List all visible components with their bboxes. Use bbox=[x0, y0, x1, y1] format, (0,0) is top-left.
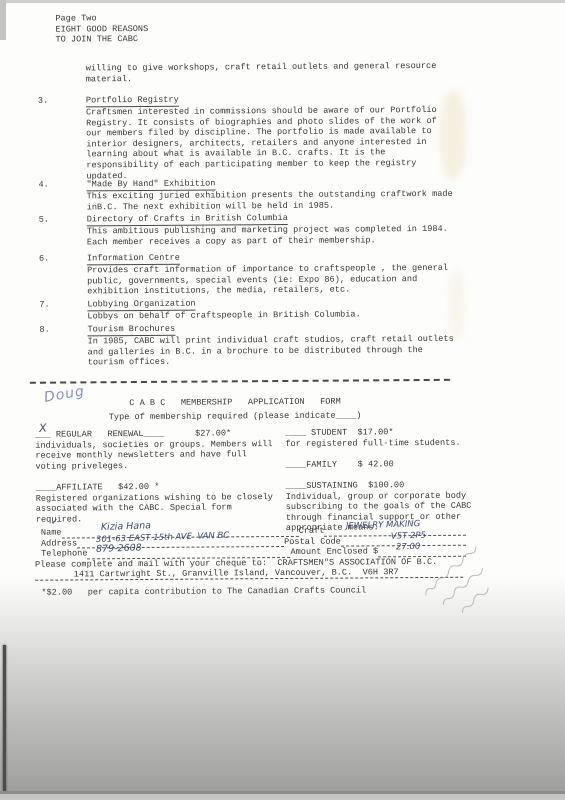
section-title: Directory of Crafts in British Columbia bbox=[87, 213, 288, 226]
section-tourism-brochures: 8. Tourism Brochures In 1985, CABC will … bbox=[39, 322, 459, 325]
name-field-label: Name bbox=[41, 528, 62, 539]
form-right-column: ____ STUDENT $17.00* for registered full… bbox=[285, 427, 476, 534]
form-title: C A B C MEMBERSHIP APPLICATION FORM bbox=[0, 396, 470, 410]
option-regular-desc: individuals, societies or groups. Member… bbox=[35, 439, 277, 472]
handwritten-postal-code-value: V5T 2P5 bbox=[391, 531, 426, 543]
section-number: 8. bbox=[39, 325, 49, 336]
section-number: 3. bbox=[38, 96, 48, 107]
scanned-document: Page Two EIGHT GOOD REASONS TO JOIN THE … bbox=[0, 0, 565, 800]
section-body: Lobbys on behalf of craftspeople in Brit… bbox=[87, 309, 455, 322]
section-number: 6. bbox=[39, 254, 49, 265]
section-title: Information Centre bbox=[87, 253, 180, 265]
section-body: This ambitious publishing and marketing … bbox=[87, 224, 455, 248]
section-lobbying-organization: 7. Lobbying Organization Lobbys on behal… bbox=[39, 297, 459, 300]
section-number: 5. bbox=[39, 215, 49, 226]
dashed-separator bbox=[30, 379, 450, 384]
section-body: In 1985, CABC will print individual craf… bbox=[88, 334, 456, 368]
section-portfolio-registry: 3. Portfolio Registry Craftsmen interest… bbox=[38, 93, 458, 96]
section-body: Provides craft information of importance… bbox=[87, 263, 455, 297]
handwritten-amount-value: 27.00 bbox=[396, 542, 421, 553]
address-field-label: Address bbox=[41, 538, 77, 549]
section-title: Tourism Brochures bbox=[87, 324, 175, 336]
telephone-field-label: Telephone bbox=[41, 549, 87, 560]
amount-enclosed-field-label: Amount Enclosed $ bbox=[290, 547, 378, 558]
section-body: Craftsmen interested in commissions shou… bbox=[86, 105, 455, 182]
option-student-desc: for registered full-time students. bbox=[285, 437, 475, 449]
postal-code-field-label: Postal Code bbox=[284, 536, 341, 547]
page-header: Page Two EIGHT GOOD REASONS TO JOIN THE … bbox=[55, 13, 148, 45]
form-subtitle: Type of membership required (please indi… bbox=[0, 410, 470, 424]
scanner-background bbox=[0, 794, 565, 800]
handwritten-checkmark: ✓ bbox=[51, 518, 59, 529]
handwritten-name-value: Kizia Hana bbox=[101, 521, 151, 533]
scan-edge-top bbox=[0, 0, 565, 3]
option-affiliate-desc: Registered organizations wishing to be c… bbox=[36, 492, 278, 525]
section-number: 7. bbox=[39, 300, 49, 311]
intro-paragraph: willing to give workshops, craft retail … bbox=[86, 61, 454, 85]
section-information-centre: 6. Information Centre Provides craft inf… bbox=[39, 251, 459, 254]
craft-field-label: Craft bbox=[299, 526, 325, 537]
form-left-column: ___ REGULAR RENEWAL____ $27.00* individu… bbox=[35, 428, 278, 525]
section-title: "Made By Hand" Exhibition bbox=[86, 178, 215, 190]
page-left-edge bbox=[3, 645, 6, 793]
section-number: 4. bbox=[38, 180, 48, 191]
section-title: Portfolio Registry bbox=[86, 95, 179, 107]
section-body: This exciting juried exhibition presents… bbox=[87, 189, 455, 213]
handwritten-telephone-value: 879-2608 bbox=[96, 543, 142, 555]
scan-shadow bbox=[0, 577, 565, 792]
section-title: Lobbying Organization bbox=[87, 299, 195, 311]
scan-edge-left bbox=[0, 0, 6, 40]
